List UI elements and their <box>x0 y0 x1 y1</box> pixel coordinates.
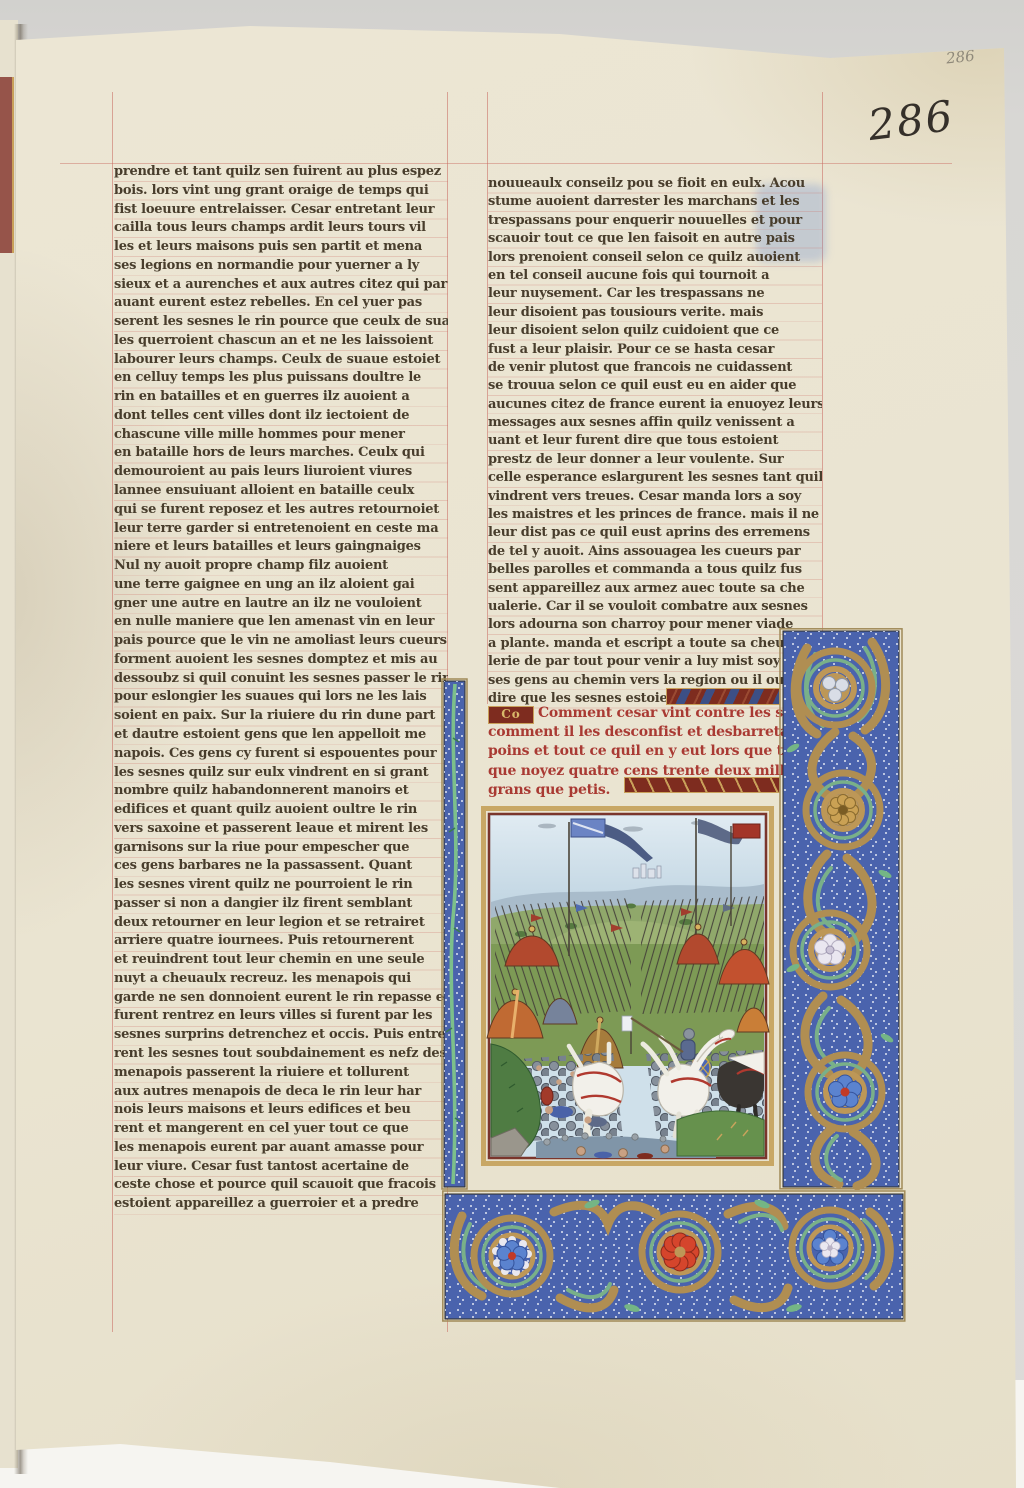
text-line: lerie de par tout pour venir a luy mist … <box>488 653 822 671</box>
text-line: les sesnes quilz sur eulx vindrent en si… <box>114 764 448 783</box>
text-line: furent rentrez en leurs villes si furent… <box>114 1007 448 1026</box>
text-line: Nul ny auoit propre champ filz auoient <box>114 557 448 576</box>
text-line: passer si non a dangier ilz firent sembl… <box>114 895 448 914</box>
text-line: chascune ville mille hommes pour mener <box>114 426 448 445</box>
text-line: les menapois eurent par auant amasse pou… <box>114 1139 448 1158</box>
text-line: deux retourner en leur legion et se retr… <box>114 914 448 933</box>
text-line: labourer leurs champs. Ceulx de suaue es… <box>114 351 448 370</box>
text-line: vers saxoine et passerent leaue et miren… <box>114 820 448 839</box>
folio-number-ink: 286 <box>865 91 957 150</box>
text-line: prendre et tant quilz sen fuirent au plu… <box>114 163 448 182</box>
text-line: rent et mangerent en cel yuer tout ce qu… <box>114 1120 448 1139</box>
text-line: uant et leur furent dire que tous estoie… <box>488 432 822 450</box>
text-line: rent les sesnes tout soubdainement es ne… <box>114 1045 448 1064</box>
text-line: leur dist pas ce quil eust aprins des er… <box>488 524 822 542</box>
text-line: cailla tous leurs champs ardit leurs tou… <box>114 219 448 238</box>
manuscript-page: 286 286 prendre et tant quilz sen fuiren… <box>0 0 1024 1488</box>
text-line: se trouua selon ce quil eust eu en aider… <box>488 377 822 395</box>
text-line: trespassans pour enquerir nouuelles et p… <box>488 212 822 230</box>
battle-miniature <box>481 806 774 1166</box>
text-line: sieux et a aurenches et aux autres citez… <box>114 276 448 295</box>
text-line: rin en batailles et en guerres ilz auoie… <box>114 388 448 407</box>
text-line: nouueaulx conseilz pou se fioit en eulx.… <box>488 175 822 193</box>
text-column-left: prendre et tant quilz sen fuirent au plu… <box>114 163 448 1215</box>
line-filler-ornament <box>666 688 780 705</box>
text-line: lors prenoient conseil selon ce quilz au… <box>488 249 822 267</box>
text-line: menapois passerent la riuiere et tollure… <box>114 1064 448 1083</box>
text-line: napois. Ces gens cy furent si espouentes… <box>114 745 448 764</box>
text-line: aucunes citez de france eurent ia enuoye… <box>488 396 822 414</box>
text-line: arriere quatre iournees. Puis retournere… <box>114 932 448 951</box>
text-line: bois. lors vint ung grant oraige de temp… <box>114 182 448 201</box>
text-line: leur nuysement. Car les trespassans ne <box>488 285 822 303</box>
text-line: ualerie. Car il se vouloit combatre aux … <box>488 598 822 616</box>
text-line: en tel conseil aucune fois qui tournoit … <box>488 267 822 285</box>
ruling-line <box>112 92 113 1332</box>
text-line: les sesnes virent quilz ne pourroient le… <box>114 876 448 895</box>
text-line: edifices et quant quilz auoient oultre l… <box>114 801 448 820</box>
rubric-paraph-icon: Co <box>488 706 534 724</box>
text-line: en celluy temps les plus puissans doultr… <box>114 369 448 388</box>
text-line: stume auoient darrester les marchans et … <box>488 193 822 211</box>
text-line: prestz de leur donner a leur voulente. S… <box>488 451 822 469</box>
text-line: ces gens barbares ne la passassent. Quan… <box>114 857 448 876</box>
text-line: leur viure. Cesar fust tantost acertaine… <box>114 1158 448 1177</box>
text-line: demouroient au pais leurs liuroient viur… <box>114 463 448 482</box>
text-line: lannee ensuiuant alloient en bataille ce… <box>114 482 448 501</box>
text-line: nombre quilz habandonnerent manoirs et <box>114 782 448 801</box>
text-line: leur disoient pas tousiours verite. mais <box>488 304 822 322</box>
text-line: nuyt a cheuaulx recreuz. les menapois qu… <box>114 970 448 989</box>
text-line: les et leurs maisons puis sen partit et … <box>114 238 448 257</box>
text-line: les querroient chascun an et ne les lais… <box>114 332 448 351</box>
text-line: une terre gaignee en ung an ilz aloient … <box>114 576 448 595</box>
text-line: pais pource que le vin ne amoliast leurs… <box>114 632 448 651</box>
text-line: en nulle maniere que len amenast vin en … <box>114 613 448 632</box>
text-line: sent appareillez aux armez auec toute sa… <box>488 580 822 598</box>
rubric-line: poins et tout ce quil en y eut lors que … <box>488 742 788 761</box>
text-line: garnisons sur la riue pour empescher que <box>114 839 448 858</box>
text-line: messages aux sesnes affin quilz venissen… <box>488 414 822 432</box>
text-line: dessoubz si quil conuint les sesnes pass… <box>114 670 448 689</box>
text-line: a plante. manda et escript a toute sa ch… <box>488 635 822 653</box>
text-line: en bataille hors de leurs marches. Ceulx… <box>114 444 448 463</box>
text-line: auant eurent estez rebelles. En cel yuer… <box>114 294 448 313</box>
text-column-right: nouueaulx conseilz pou se fioit en eulx.… <box>488 175 822 709</box>
text-line: scauoir tout ce que len faisoit en autre… <box>488 230 822 248</box>
text-line: belles parolles et commanda a tous quilz… <box>488 561 822 579</box>
text-line: niere et leurs batailles et leurs gaingn… <box>114 538 448 557</box>
text-line: ceste chose et pource quil scauoit que f… <box>114 1176 448 1195</box>
text-line: et reuindrent tout leur chemin en une se… <box>114 951 448 970</box>
folio-number-pencil: 286 <box>945 47 975 68</box>
text-line: celle esperance eslargurent les sesnes t… <box>488 469 822 487</box>
text-line: qui se furent reposez et les autres reto… <box>114 501 448 520</box>
text-line: lors adourna son charroy pour mener viad… <box>488 616 822 634</box>
text-line: forment auoient les sesnes domptez et mi… <box>114 651 448 670</box>
text-line: nois leurs maisons et leurs edifices et … <box>114 1101 448 1120</box>
text-line: garde ne sen donnoient eurent le rin rep… <box>114 989 448 1008</box>
text-line: et dautre estoient gens que len appelloi… <box>114 726 448 745</box>
facing-page-miniature-sliver <box>0 77 14 253</box>
text-line: estoient appareillez a guerroier et a pr… <box>114 1195 448 1214</box>
text-line: pour eslongier les suaues qui lors ne le… <box>114 688 448 707</box>
text-line: les maistres et les princes de france. m… <box>488 506 822 524</box>
text-line: serent les sesnes le rin pource que ceul… <box>114 313 448 332</box>
line-filler-ornament <box>624 777 780 793</box>
text-line: gner une autre en lautre an ilz ne voulo… <box>114 595 448 614</box>
ruling-line <box>822 92 823 704</box>
border-bottom-band <box>442 1190 906 1323</box>
text-line: leur disoient selon quilz cuidoient que … <box>488 322 822 340</box>
text-line: soient en paix. Sur la riuiere du rin du… <box>114 707 448 726</box>
text-line: aux autres menapois de deca le rin leur … <box>114 1083 448 1102</box>
text-line: vindrent vers treues. Cesar manda lors a… <box>488 488 822 506</box>
text-line: leur terre garder si entretenoient en ce… <box>114 520 448 539</box>
text-line: de tel y auoit. Ains assouagea les cueur… <box>488 543 822 561</box>
text-line: de venir plutost que francois ne cuidass… <box>488 359 822 377</box>
border-left-bar <box>441 678 468 1190</box>
border-right-strip <box>777 628 906 1190</box>
text-line: sesnes surprins detrenchez et occis. Pui… <box>114 1026 448 1045</box>
green-bank-right <box>677 1111 764 1156</box>
rubric-line: comment il les desconfist et desbarreta … <box>488 723 788 742</box>
text-line: fust a leur plaisir. Pour ce se hasta ce… <box>488 341 822 359</box>
text-line: ses legions en normandie pour yuerner a … <box>114 257 448 276</box>
text-line: fist loeuure entrelaisser. Cesar entreta… <box>114 201 448 220</box>
text-line: dont telles cent villes dont ilz iectoie… <box>114 407 448 426</box>
